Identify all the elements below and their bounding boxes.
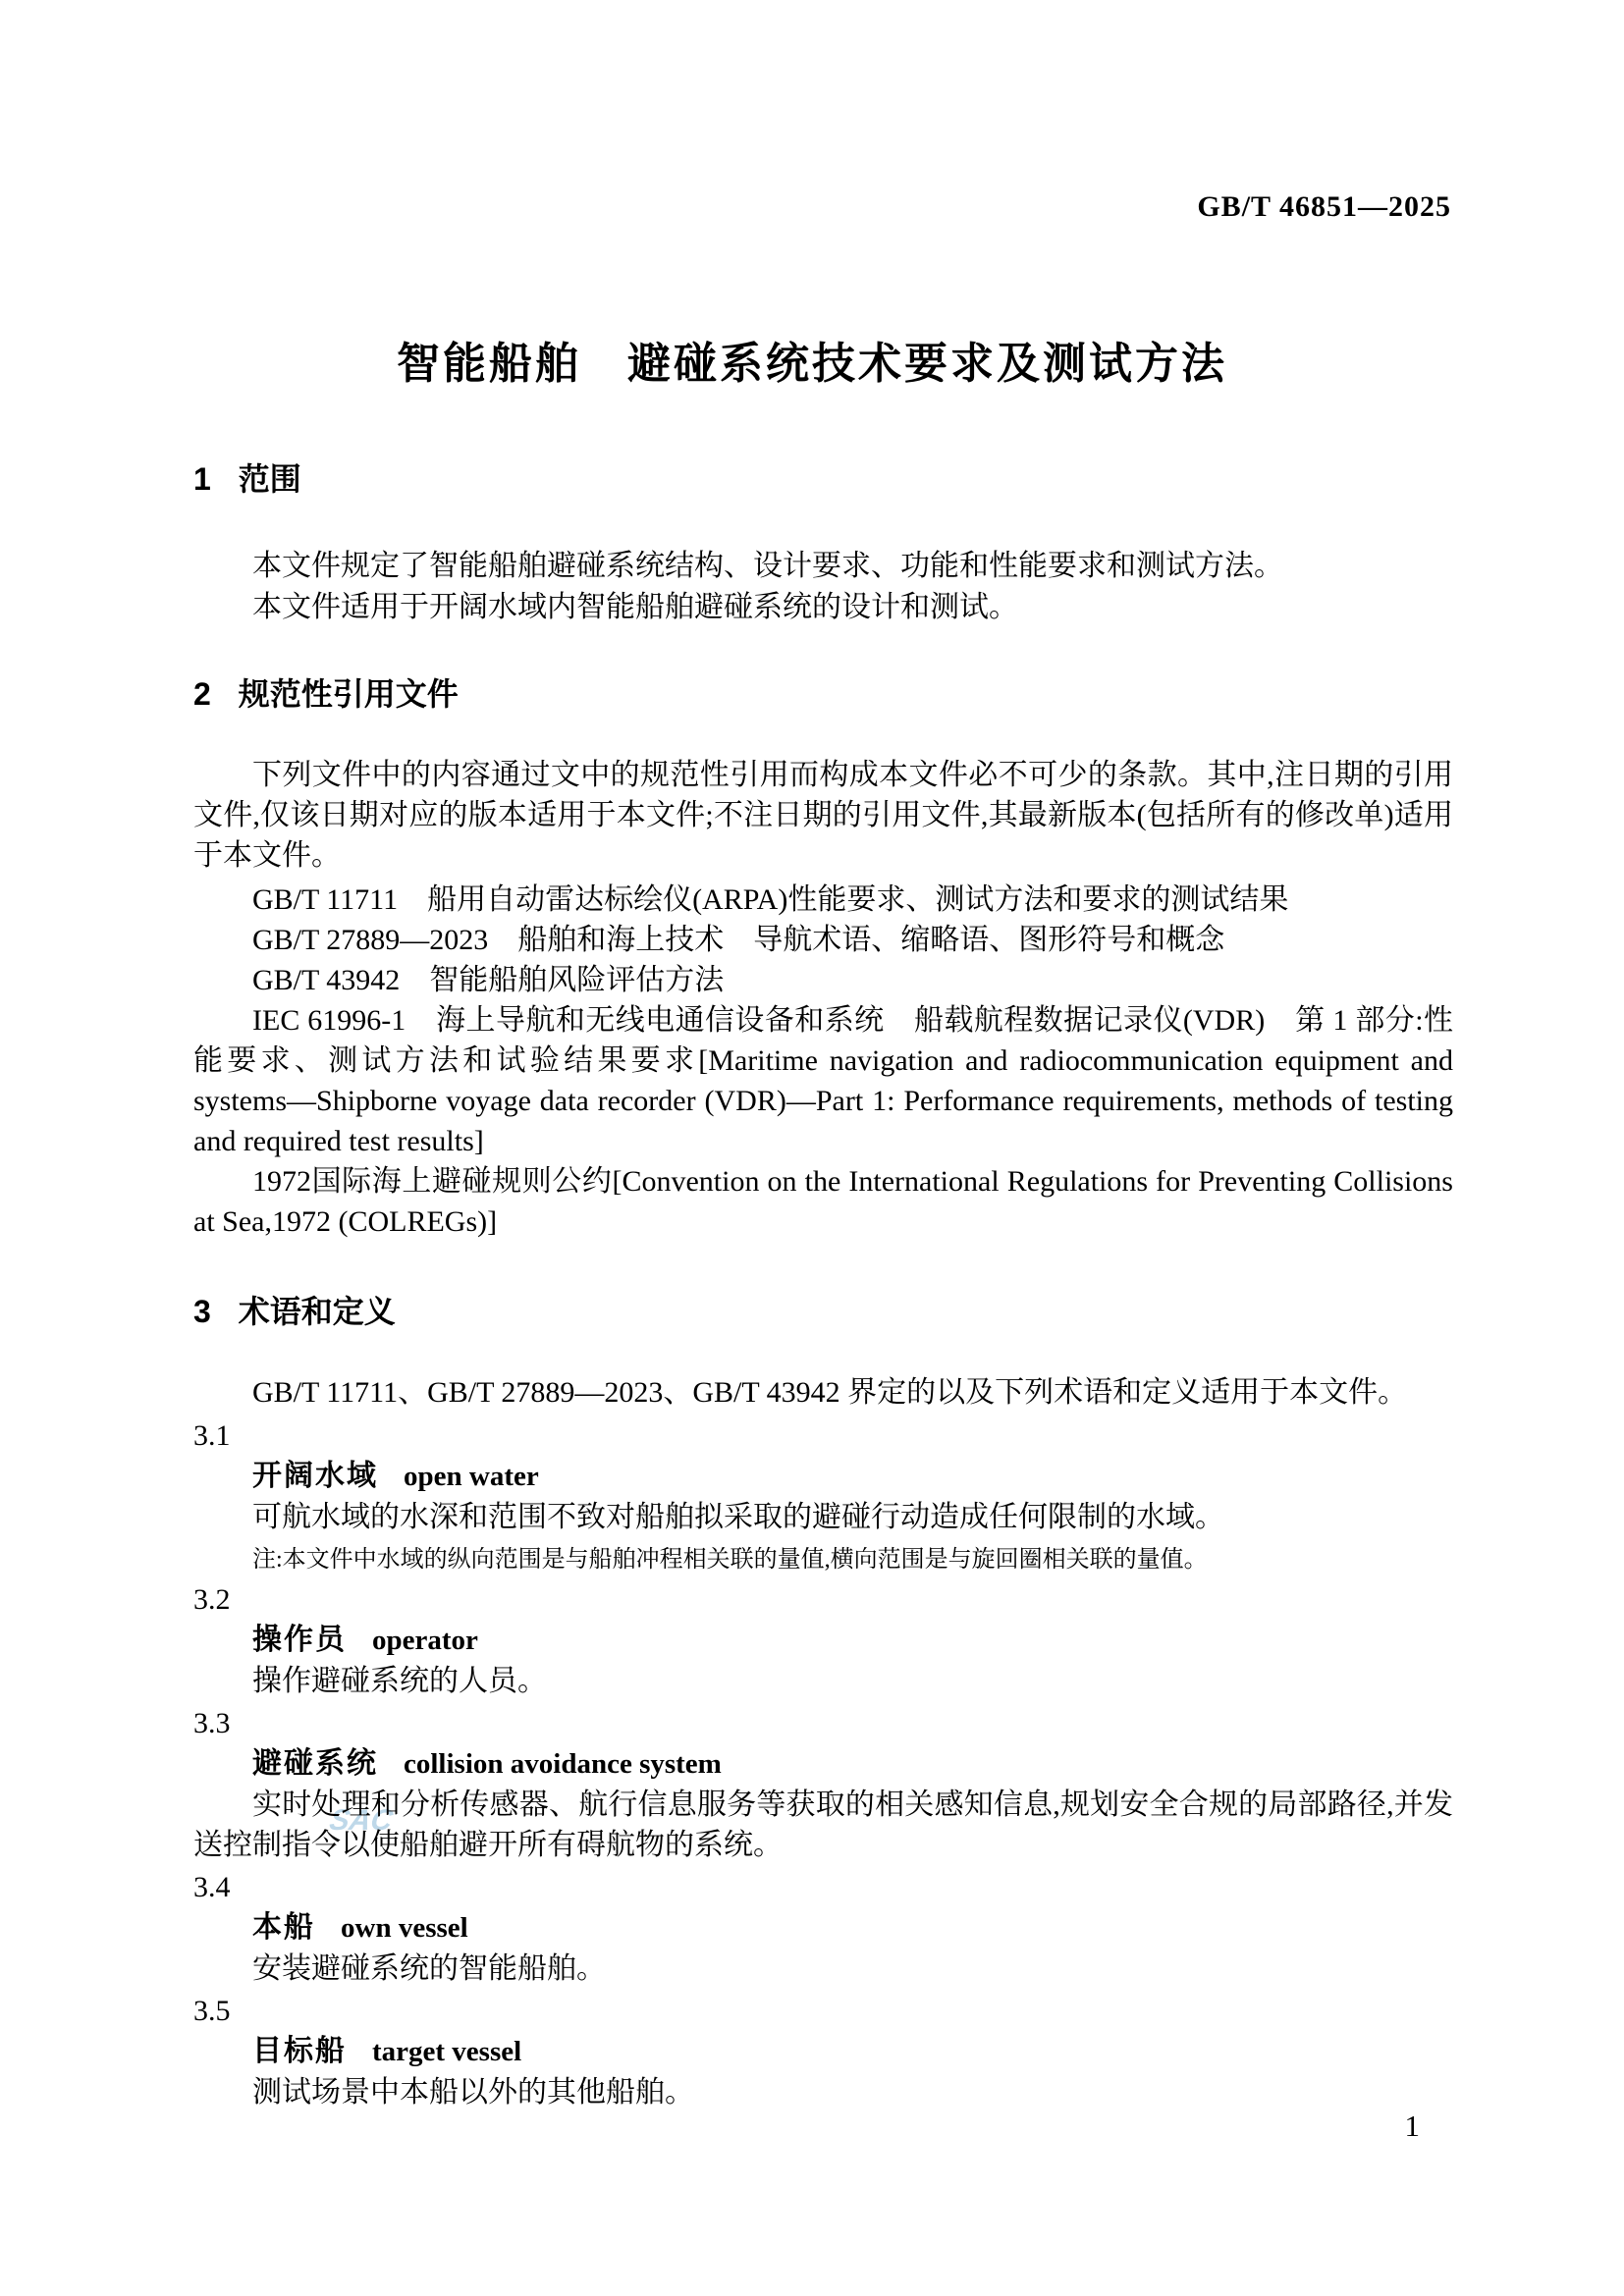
reference-entry: GB/T 43942 智能船舶风险评估方法	[193, 960, 1453, 1000]
reference-entry: 1972国际海上避碰规则公约[Convention on the Interna…	[193, 1161, 1453, 1242]
term-name: 开阔水域open water	[193, 1456, 1453, 1497]
clause-3-intro: GB/T 11711、GB/T 27889—2023、GB/T 43942 界定…	[193, 1372, 1453, 1413]
term-name-zh: 操作员	[252, 1624, 347, 1656]
term-entry: 3.2 操作员operator 操作避碰系统的人员。	[193, 1579, 1453, 1701]
term-entry: 3.5 目标船target vessel 测试场景中本船以外的其他船舶。	[193, 1991, 1453, 2112]
document-page: SAC GB/T 46851—2025 智能船舶 避碰系统技术要求及测试方法 1…	[0, 0, 1624, 2296]
reference-list: GB/T 11711 船用自动雷达标绘仪(ARPA)性能要求、测试方法和要求的测…	[193, 880, 1453, 1242]
term-definition: 安装避碰系统的智能船舶。	[193, 1949, 1453, 1989]
term-entry: 3.1 开阔水域open water 可航水域的水深和范围不致对船舶拟采取的避碰…	[193, 1415, 1453, 1577]
term-definition: 测试场景中本船以外的其他船舶。	[193, 2072, 1453, 2112]
clause-3-heading: 3术语和定义	[193, 1296, 1453, 1327]
clause-1-heading: 1范围	[193, 463, 1453, 495]
term-name-zh: 开阔水域	[252, 1460, 378, 1492]
term-name-zh: 本船	[252, 1911, 315, 1944]
term-name-en: operator	[372, 1625, 478, 1656]
clause-1-number: 1	[193, 461, 211, 497]
clause-3-number: 3	[193, 1294, 211, 1329]
reference-entry: GB/T 27889—2023 船舶和海上技术 导航术语、缩略语、图形符号和概念	[193, 920, 1453, 960]
term-entry: 3.3 避碰系统collision avoidance system 实时处理和…	[193, 1703, 1453, 1865]
clause-1-title: 范围	[239, 461, 301, 497]
scope-paragraph: 本文件适用于开阔水域内智能船舶避碰系统的设计和测试。	[193, 587, 1453, 628]
term-definition: 实时处理和分析传感器、航行信息服务等获取的相关感知信息,规划安全合规的局部路径,…	[193, 1785, 1453, 1865]
terms-intro: GB/T 11711、GB/T 27889—2023、GB/T 43942 界定…	[193, 1372, 1453, 1413]
term-number: 3.2	[193, 1579, 1453, 1620]
reference-entry: IEC 61996-1 海上导航和无线电通信设备和系统 船载航程数据记录仪(VD…	[193, 1000, 1453, 1161]
term-number: 3.3	[193, 1703, 1453, 1743]
page-number: 1	[1405, 2109, 1421, 2144]
term-name: 避碰系统collision avoidance system	[193, 1743, 1453, 1785]
term-definition: 操作避碰系统的人员。	[193, 1661, 1453, 1701]
term-number: 3.1	[193, 1415, 1453, 1456]
terms-list: 3.1 开阔水域open water 可航水域的水深和范围不致对船舶拟采取的避碰…	[193, 1414, 1453, 2112]
term-name-en: collision avoidance system	[404, 1748, 722, 1780]
term-name-en: own vessel	[341, 1912, 468, 1944]
term-name-zh: 避碰系统	[252, 1747, 378, 1780]
term-name-en: target vessel	[372, 2036, 521, 2067]
scope-paragraph: 本文件规定了智能船舶避碰系统结构、设计要求、功能和性能要求和测试方法。	[193, 546, 1453, 587]
term-number: 3.4	[193, 1867, 1453, 1907]
document-title: 智能船舶 避碰系统技术要求及测试方法	[0, 328, 1624, 391]
term-name: 本船own vessel	[193, 1907, 1453, 1949]
term-entry: 3.4 本船own vessel 安装避碰系统的智能船舶。	[193, 1867, 1453, 1989]
normative-references-intro: 下列文件中的内容通过文中的规范性引用而构成本文件必不可少的条款。其中,注日期的引…	[193, 755, 1453, 876]
term-definition: 可航水域的水深和范围不致对船舶拟采取的避碰行动造成任何限制的水域。	[193, 1497, 1453, 1537]
term-name: 目标船target vessel	[193, 2031, 1453, 2072]
clause-3-title: 术语和定义	[239, 1294, 396, 1329]
clause-1-body: 本文件规定了智能船舶避碰系统结构、设计要求、功能和性能要求和测试方法。 本文件适…	[193, 546, 1453, 628]
term-name-en: open water	[404, 1461, 539, 1492]
clause-2-title: 规范性引用文件	[239, 676, 459, 712]
clause-2-intro: 下列文件中的内容通过文中的规范性引用而构成本文件必不可少的条款。其中,注日期的引…	[193, 755, 1453, 876]
term-note: 注:本文件中水域的纵向范围是与船舶冲程相关联的量值,横向范围是与旋回圈相关联的量…	[193, 1543, 1453, 1577]
term-name-zh: 目标船	[252, 2035, 347, 2067]
reference-entry: GB/T 11711 船用自动雷达标绘仪(ARPA)性能要求、测试方法和要求的测…	[193, 880, 1453, 920]
clause-2-heading: 2规范性引用文件	[193, 678, 1453, 710]
term-number: 3.5	[193, 1991, 1453, 2031]
clause-2-number: 2	[193, 676, 211, 712]
term-name: 操作员operator	[193, 1620, 1453, 1661]
standard-number: GB/T 46851—2025	[1197, 190, 1451, 224]
